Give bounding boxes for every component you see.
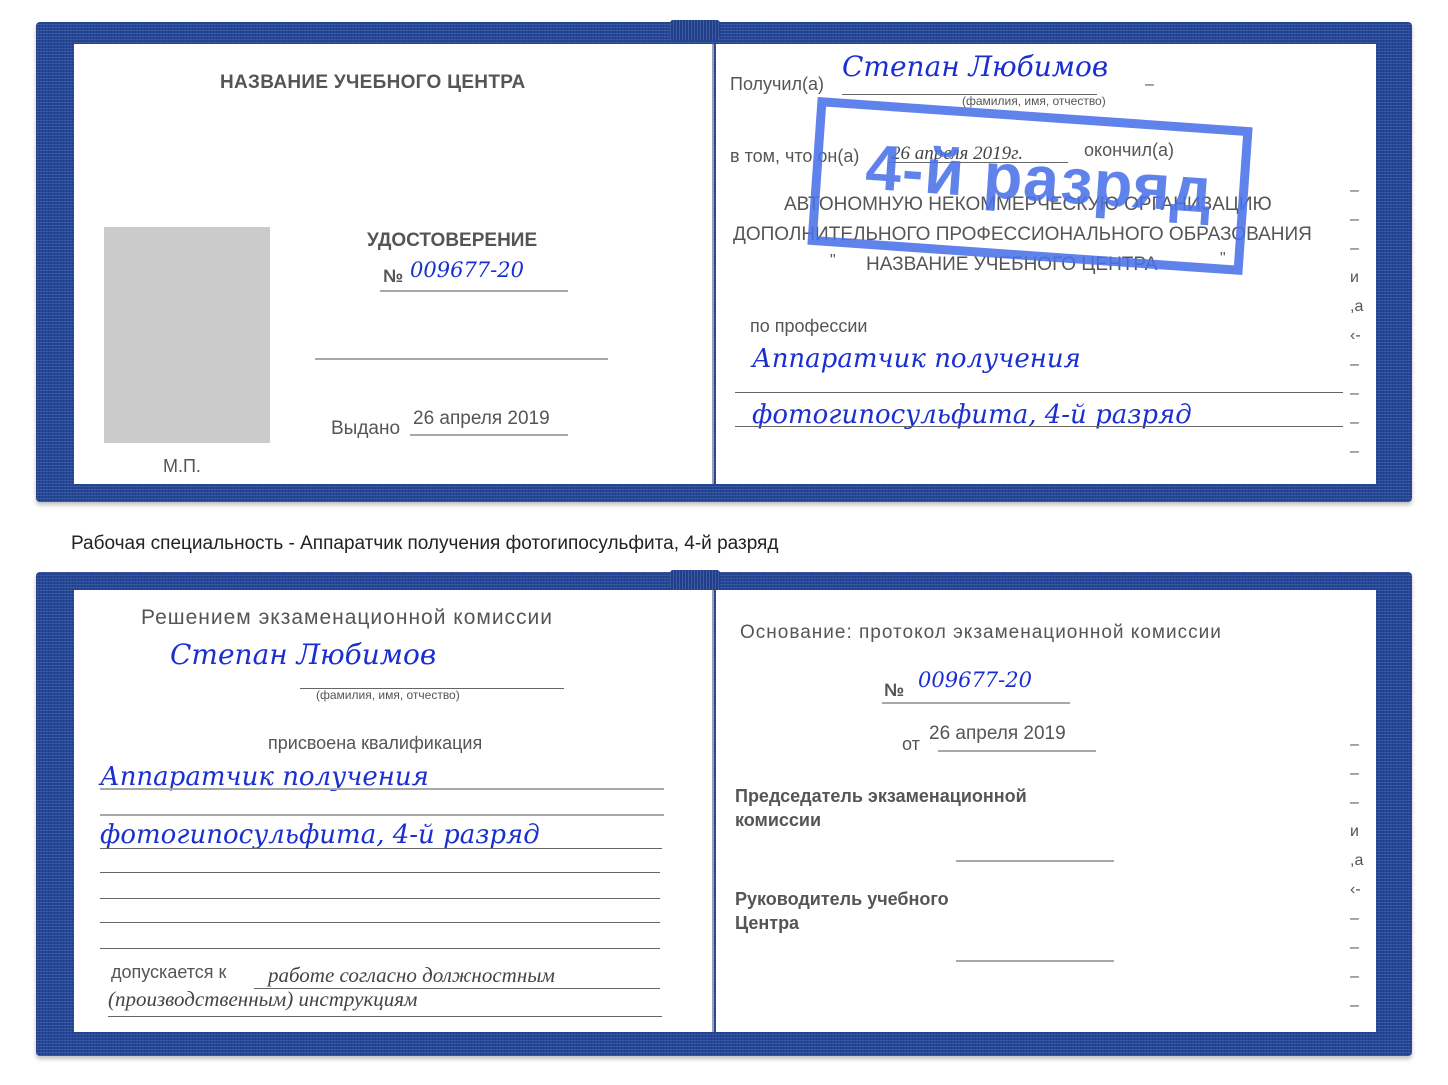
protocol-number: 009677-20 [918, 668, 1032, 692]
qualification-line-2: фотогипосульфита, 4-й разряд [100, 820, 540, 850]
basis-label: Основание: протокол экзаменационной коми… [740, 622, 1222, 644]
blank-line-2 [100, 872, 660, 873]
chairman-label: Председатель экзаменационной комиссии [735, 784, 1027, 832]
signature-line [315, 358, 608, 360]
blank-line-4 [100, 922, 660, 923]
grade-stamp: 4-й разряд [807, 97, 1252, 275]
admitted-label: допускается к [111, 962, 226, 983]
protocol-number-label: № [884, 680, 904, 701]
org-name: НАЗВАНИЕ УЧЕБНОГО ЦЕНТРА [220, 72, 526, 94]
quote-open: " [830, 252, 836, 270]
profession-line-1: Аппаратчик получения [752, 344, 1081, 374]
certificate-number: 009677-20 [410, 258, 524, 282]
margin-marks-top: – – – и ,а ‹- – – – – [1350, 176, 1363, 466]
profession-label: по профессии [750, 316, 867, 337]
qualification-underline-1 [100, 788, 664, 790]
issued-date: 26 апреля 2019 [413, 408, 550, 430]
specialty-caption: Рабочая специальность - Аппаратчик получ… [71, 533, 778, 555]
protocol-date: 26 апреля 2019 [929, 723, 1066, 745]
qualification-label: присвоена квалификация [268, 733, 482, 754]
recipient-name-inner: Степан Любимов [170, 638, 436, 671]
margin-marks-bottom: – – – и ,а ‹- – – – – [1350, 730, 1363, 1020]
qualification-underline-2 [100, 814, 664, 816]
fio-hint: (фамилия, имя, отчество) [962, 94, 1106, 108]
admitted-line-1: работе согласно должностным [268, 963, 555, 988]
blank-line-5 [100, 948, 660, 949]
issued-label: Выдано [331, 418, 400, 440]
cover-spine-bottom [670, 570, 720, 590]
profession-underline-1 [735, 392, 1343, 393]
protocol-date-underline [938, 750, 1096, 752]
fio-hint-inner: (фамилия, имя, отчество) [316, 688, 460, 702]
blank-line-1 [100, 848, 662, 849]
page-gutter [712, 44, 714, 484]
decision-label: Решением экзаменационной комиссии [141, 606, 553, 630]
number-label: № [383, 266, 403, 287]
page-gutter [712, 590, 714, 1032]
chairman-signature-line [956, 860, 1114, 862]
admitted-line-2: (производственным) инструкциям [108, 987, 417, 1012]
head-label: Руководитель учебного Центра [735, 887, 949, 935]
doc-title: УДОСТОВЕРЕНИЕ [367, 230, 537, 252]
cover-spine-top [670, 20, 720, 40]
received-label: Получил(а) [730, 74, 824, 95]
photo-placeholder [104, 227, 270, 443]
head-signature-line [956, 960, 1114, 962]
profession-underline-2 [735, 426, 1343, 427]
issued-underline [410, 434, 568, 436]
protocol-number-underline [882, 702, 1070, 704]
admitted-underline-2 [108, 1016, 662, 1017]
number-underline [380, 290, 568, 292]
stamp-text: 4-й разряд [863, 130, 1215, 228]
protocol-date-label: от [902, 734, 920, 755]
recipient-name: Степан Любимов [842, 50, 1108, 83]
blank-line-3 [100, 898, 660, 899]
stamp-place-label: М.П. [163, 456, 201, 477]
dash-mark: – [1145, 76, 1154, 94]
